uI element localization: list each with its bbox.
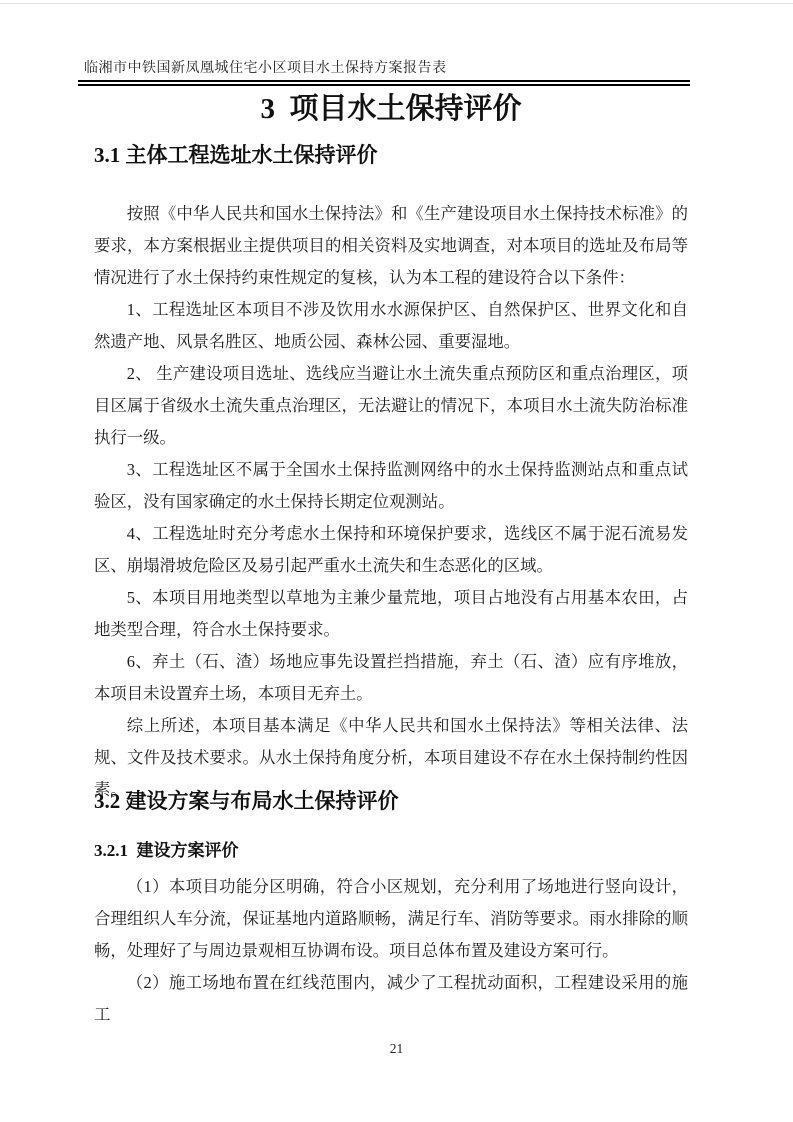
paragraph-item-1: 1、工程选址区本项目不涉及饮用水水源保护区、自然保护区、世界文化和自然遗产地、风…: [94, 294, 688, 358]
paragraph-item-6: 6、弃土（石、渣）场地应事先设置拦挡措施，弃土（石、渣）应有序堆放，本项目未设置…: [94, 646, 688, 710]
section-3-2-title: 3.2 建设方案与布局水土保持评价: [94, 790, 399, 813]
subsection-3-2-1-title: 3.2.1 建设方案评价: [94, 841, 239, 861]
page-number: 21: [0, 1041, 793, 1057]
paragraph-intro: 按照《中华人民共和国水土保持法》和《生产建设项目水土保持技术标准》的要求，本方案…: [94, 198, 688, 294]
subsection-3-2-1-body: （1）本项目功能分区明确，符合小区规划，充分利用了场地进行竖向设计，合理组织人车…: [94, 871, 688, 1031]
section-3-1-title: 3.1 主体工程选址水土保持评价: [94, 144, 378, 167]
paragraph-item-5: 5、本项目用地类型以草地为主兼少量荒地，项目占地没有占用基本农田，占地类型合理，…: [94, 582, 688, 646]
document-page: 临湘市中铁国新凤凰城住宅小区项目水土保持方案报告表 3 项目水土保持评价 3.1…: [0, 0, 793, 1122]
chapter-title: 3 项目水土保持评价: [94, 94, 688, 126]
paragraph-item-2: 2、 生产建设项目选址、选线应当避让水土流失重点预防区和重点治理区，项目区属于省…: [94, 358, 688, 454]
paragraph-item-3: 3、工程选址区不属于全国水土保持监测网络中的水土保持监测站点和重点试验区，没有国…: [94, 454, 688, 518]
paragraph-item-4: 4、工程选址时充分考虑水土保持和环境保护要求，选线区不属于泥石流易发区、崩塌滑坡…: [94, 518, 688, 582]
page-top-edge-divider: [0, 3, 793, 4]
section-3-1-body: 按照《中华人民共和国水土保持法》和《生产建设项目水土保持技术标准》的要求，本方案…: [94, 198, 688, 806]
paragraph-point-2: （2）施工场地布置在红线范围内，减少了工程扰动面积，工程建设采用的施工: [94, 967, 688, 1031]
header-rule-divider: [78, 80, 690, 86]
running-header-title: 临湘市中铁国新凤凰城住宅小区项目水土保持方案报告表: [84, 57, 447, 77]
paragraph-point-1: （1）本项目功能分区明确，符合小区规划，充分利用了场地进行竖向设计，合理组织人车…: [94, 871, 688, 967]
